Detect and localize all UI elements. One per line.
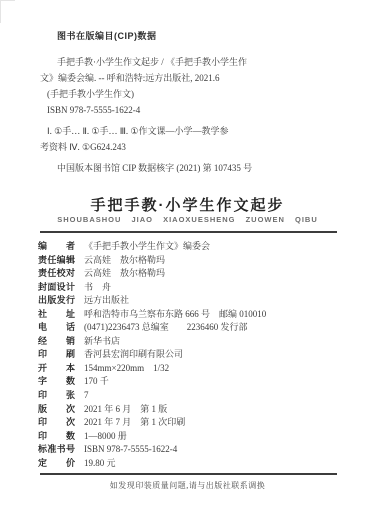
colophon-row-label: 定价 — [38, 457, 75, 471]
colophon-row: 社址 呼和浩特市乌兰察布东路 666 号 邮编 010010 — [38, 308, 341, 322]
colophon-row-label: 责任校对 — [38, 267, 75, 281]
book-title: 手把手教·小学生作文起步 — [0, 194, 375, 215]
cip-classification-line: Ⅰ. ①手… Ⅱ. ①手… Ⅲ. ①作文课—小学—教学参 — [40, 124, 339, 140]
colophon-table: 编者 《手把手教小学生作文》编委会 责任编辑 云高娃 敖尔格勒玛 责任校对 云高… — [38, 240, 341, 470]
cip-isbn-line: ISBN 978-7-5555-1622-4 — [40, 102, 339, 118]
colophon-row-value: 7 — [84, 389, 341, 403]
colophon-row-value: 云高娃 敖尔格勒玛 — [84, 254, 341, 268]
colophon-row-label: 标准书号 — [38, 443, 75, 457]
cip-heading: 图书在版编目(CIP)数据 — [57, 29, 157, 42]
colophon-row-label: 经销 — [38, 335, 75, 349]
colophon-row-label: 责任编辑 — [38, 254, 75, 268]
colophon-row: 定价 19.80 元 — [38, 457, 341, 471]
colophon-row-value: 154mm×220mm 1/32 — [84, 362, 341, 376]
book-title-pinyin: SHOUBASHOU JIAO XIAOXUESHENG ZUOWEN QIBU — [0, 215, 375, 224]
colophon-row: 印张 7 — [38, 389, 341, 403]
cip-description-line: 手把手教·小学生作文起步 / 《手把手教小学生作 — [40, 54, 339, 70]
colophon-row-label: 印次 — [38, 416, 75, 430]
colophon-row-value: 远方出版社 — [84, 294, 341, 308]
colophon-row-label: 封面设计 — [38, 281, 75, 295]
colophon-row-value: 《手把手教小学生作文》编委会 — [84, 240, 341, 254]
cip-classification: Ⅰ. ①手… Ⅱ. ①手… Ⅲ. ①作文课—小学—教学参 考资料 Ⅳ. ①G62… — [40, 124, 339, 155]
colophon-row-label: 社址 — [38, 308, 75, 322]
colophon-row-value: 2021 年 6 月 第 1 版 — [84, 403, 341, 417]
colophon-row: 责任校对 云高娃 敖尔格勒玛 — [38, 267, 341, 281]
colophon-row: 字数 170 千 — [38, 375, 341, 389]
cip-series-line: (手把手教小学生作文) — [40, 86, 339, 102]
colophon-row: 封面设计 书 舟 — [38, 281, 341, 295]
colophon-row-value: 2021 年 7 月 第 1 次印刷 — [84, 416, 341, 430]
colophon-row-label: 开本 — [38, 362, 75, 376]
colophon-row-label: 版次 — [38, 403, 75, 417]
colophon-row: 印次 2021 年 7 月 第 1 次印刷 — [38, 416, 341, 430]
colophon-row-value: 170 千 — [84, 375, 341, 389]
colophon-row-value: ISBN 978-7-5555-1622-4 — [84, 443, 341, 457]
scan-edge-artifact — [0, 0, 15, 23]
colophon-row: 编者 《手把手教小学生作文》编委会 — [38, 240, 341, 254]
colophon-row-value: 19.80 元 — [84, 457, 341, 471]
colophon-row-value: 呼和浩特市乌兰察布东路 666 号 邮编 010010 — [84, 308, 341, 322]
colophon-row-label: 编者 — [38, 240, 75, 254]
quality-notice: 如发现印装质量问题,请与出版社联系调换 — [0, 480, 375, 491]
copyright-page: 图书在版编目(CIP)数据 手把手教·小学生作文起步 / 《手把手教小学生作 文… — [0, 0, 375, 530]
cip-record-number: 中国版本图书馆 CIP 数据核字 (2021) 第 107435 号 — [40, 161, 339, 174]
colophon-row-label: 字数 — [38, 375, 75, 389]
colophon-row: 出版发行 远方出版社 — [38, 294, 341, 308]
colophon-row: 责任编辑 云高娃 敖尔格勒玛 — [38, 254, 341, 268]
divider-line-top — [40, 231, 337, 233]
colophon-row-value: 云高娃 敖尔格勒玛 — [84, 267, 341, 281]
cip-classification-line: 考资料 Ⅳ. ①G624.243 — [40, 140, 339, 156]
colophon-row-value: 香河县宏润印刷有限公司 — [84, 348, 341, 362]
colophon-row: 印刷 香河县宏润印刷有限公司 — [38, 348, 341, 362]
colophon-row: 版次 2021 年 6 月 第 1 版 — [38, 403, 341, 417]
divider-line-bottom — [40, 473, 337, 475]
colophon-row-label: 印数 — [38, 430, 75, 444]
cip-description: 手把手教·小学生作文起步 / 《手把手教小学生作 文》编委会编. -- 呼和浩特… — [40, 54, 339, 118]
colophon-row-label: 出版发行 — [38, 294, 75, 308]
colophon-row: 经销 新华书店 — [38, 335, 341, 349]
colophon-row-label: 印张 — [38, 389, 75, 403]
colophon-row: 印数 1—8000 册 — [38, 430, 341, 444]
colophon-row-value: 新华书店 — [84, 335, 341, 349]
colophon-row: 标准书号 ISBN 978-7-5555-1622-4 — [38, 443, 341, 457]
colophon-row: 开本 154mm×220mm 1/32 — [38, 362, 341, 376]
colophon-row-label: 印刷 — [38, 348, 75, 362]
cip-description-line: 文》编委会编. -- 呼和浩特:远方出版社, 2021.6 — [40, 70, 339, 86]
colophon-row-value: 1—8000 册 — [84, 430, 341, 444]
colophon-row-label: 电话 — [38, 321, 75, 335]
colophon-row-value: (0471)2236473 总编室 2236460 发行部 — [84, 321, 341, 335]
colophon-row: 电话 (0471)2236473 总编室 2236460 发行部 — [38, 321, 341, 335]
colophon-row-value: 书 舟 — [84, 281, 341, 295]
